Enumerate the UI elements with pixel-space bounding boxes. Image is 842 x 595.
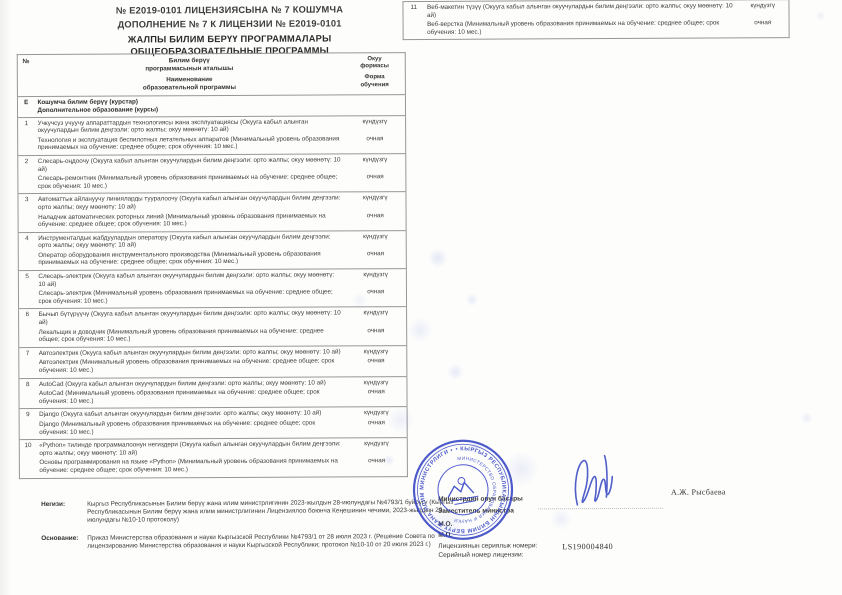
- program-form-ru: очная: [345, 211, 406, 231]
- license-serial-number: LS190004840: [562, 542, 613, 551]
- program-name-ru: Наладчик автоматических роторных линий (…: [35, 211, 345, 232]
- program-name-ru: Основы программирования на языке «Python…: [36, 457, 346, 478]
- program-name-ky: Веб-макетин түзүү (Окууга кабыл алынган …: [424, 0, 737, 20]
- title-line-ru: ДОПОЛНЕНИЕ № 7 К ЛИЦЕНЗИИ № Е2019-0101: [54, 17, 406, 32]
- program-name-ru: Слесарь-электрик (Минимальный уровень об…: [35, 288, 345, 309]
- program-form-ru: очная: [346, 418, 407, 438]
- program-name-ky: Учкучсуз учуучу аппараттардын технология…: [35, 115, 345, 135]
- column-header-name-ru: Наименование образовательной программы: [142, 76, 237, 92]
- program-row-translation: AutoCad (Минимальный уровень образования…: [19, 387, 407, 409]
- program-row-translation: Слесарь-ремонтник (Минимальный уровень о…: [18, 172, 406, 194]
- column-header-study-form: Окуу формасы Форма обучения: [344, 53, 405, 96]
- section-title: Кошумча билим берүү (курстар) Дополнител…: [34, 95, 344, 117]
- program-row: 4Инструменталдык жабдуулардын оператору …: [18, 230, 406, 251]
- program-form-ru: очная: [345, 172, 406, 192]
- program-name-ru: Django (Минимальный уровень образования …: [36, 418, 346, 439]
- serial-label-ru: Серийный номер лицензии:: [438, 550, 537, 560]
- program-row: 3Автоматтык айлануучу линияларды туурало…: [18, 192, 406, 213]
- section-title-ru: Дополнительное образование (курсы): [37, 105, 341, 114]
- program-form-ru: очная: [346, 387, 407, 407]
- program-form-ru: очная: [346, 326, 407, 346]
- program-row-translation: Django (Минимальный уровень образования …: [19, 418, 407, 440]
- program-name-ky: Слесарь-электрик (Окууга кабыл алынган о…: [35, 269, 345, 289]
- program-form-ru: очная: [345, 134, 406, 154]
- program-row-translation: Лекальщик и доводчик (Минимальный уровен…: [19, 326, 407, 348]
- program-row: 11Веб-макетин түзүү (Окууга кабыл алынга…: [403, 0, 789, 20]
- license-annex-scanned-page: № Е2019-0101 ЛИЦЕНЗИЯСЫНА № 7 КОШУМЧА ДО…: [0, 0, 842, 595]
- program-form-ky: күндүзгү: [737, 0, 789, 19]
- program-name-ky: «Python» тилинде программалоонун негизде…: [36, 438, 346, 458]
- ministry-round-stamp-icon: • КЫРГЫЗ РЕСПУБЛИКАСЫНЫН БИЛИМ БЕРҮҮ ЖАН…: [403, 429, 524, 550]
- program-name-ky: Слесарь-оңдоочу (Окууга кабыл алынган ок…: [35, 154, 345, 174]
- basis-text-ky: Кыргыз Республикасынын Билим берүү жана …: [87, 499, 461, 525]
- program-name-ky: Автоматтык айлануучу линияларды тууралоо…: [35, 192, 345, 212]
- program-row-translation: Веб-верстка (Минимальный уровень образов…: [403, 18, 789, 40]
- section-letter: Е: [17, 97, 34, 117]
- column-header-form-ky: Окуу формасы: [357, 56, 391, 71]
- program-name-ru: Лекальщик и доводчик (Минимальный уровен…: [36, 326, 346, 347]
- program-row: 6Бычып бүтүрүүчү (Окууга кабыл алынган о…: [19, 307, 407, 328]
- program-row-translation: Оператор оборудования инструментального …: [18, 249, 406, 271]
- program-name-ky: Инструменталдык жабдуулардын оператору (…: [35, 231, 345, 251]
- program-row-translation: Слесарь-электрик (Минимальный уровень об…: [18, 287, 406, 309]
- program-form-ru: очная: [737, 18, 789, 38]
- program-row-translation: Автоэлектрик (Минимальный уровень образо…: [19, 356, 407, 378]
- program-row-translation: Технология и эксплуатация беспилотных ле…: [18, 134, 406, 156]
- column-header-name-ky: Билим берүү программасынын аталышы: [142, 57, 237, 73]
- program-row-translation: Наладчик автоматических роторных линий (…: [18, 211, 406, 233]
- program-form-ky: күндүзгү: [345, 269, 406, 288]
- program-name-ru: Веб-верстка (Минимальный уровень образов…: [424, 19, 737, 40]
- section-form-empty: [344, 95, 405, 116]
- program-name-ru: AutoCad (Минимальный уровень образования…: [36, 388, 346, 409]
- program-number: 6: [19, 309, 36, 347]
- program-form-ky: күндүзгү: [346, 307, 407, 326]
- program-form-ru: очная: [346, 456, 407, 476]
- program-number: 1: [18, 117, 35, 155]
- program-form-ky: күндүзгү: [346, 407, 407, 418]
- section-row-additional-education: Е Кошумча билим берүү (курстар) Дополнит…: [17, 95, 405, 117]
- program-number: 10: [19, 440, 36, 478]
- program-number: 9: [19, 409, 36, 440]
- program-form-ky: күндүзгү: [346, 438, 407, 457]
- program-number: 11: [403, 1, 424, 39]
- basis-block: Негизи: Кыргыз Республикасынын Билим бер…: [41, 499, 461, 551]
- program-form-ru: очная: [345, 249, 406, 269]
- program-name-ru: Оператор оборудования инструментального …: [35, 249, 345, 270]
- program-form-ky: күндүзгү: [345, 192, 406, 211]
- programs-table-left: № Билим берүү программасынын аталышы Наи…: [17, 52, 408, 479]
- signer-name: А.Ж. Рысбаева: [671, 487, 726, 496]
- document-title-block: № Е2019-0101 ЛИЦЕНЗИЯСЫНА № 7 КОШУМЧА ДО…: [53, 3, 405, 58]
- program-name-ky: Бычып бүтүрүүчү (Окууга кабыл алынган ок…: [36, 307, 346, 327]
- program-name-ru: Автоэлектрик (Минимальный уровень образо…: [36, 357, 346, 378]
- column-header-program-name: Билим берүү программасынын аталышы Наиме…: [34, 53, 344, 97]
- stamp-emblem-mountains-icon: [445, 475, 479, 505]
- program-row: 10«Python» тилинде программалоонун негиз…: [19, 438, 407, 459]
- program-row-translation: Основы программирования на языке «Python…: [19, 456, 407, 478]
- handwritten-signature-icon: [564, 448, 625, 518]
- program-number: 2: [18, 155, 35, 193]
- program-form-ru: очная: [345, 287, 406, 307]
- program-form-ky: күндүзгү: [346, 376, 407, 387]
- program-number: 8: [19, 378, 36, 409]
- program-form-ky: күндүзгү: [345, 154, 406, 173]
- program-name-ru: Слесарь-ремонтник (Минимальный уровень о…: [35, 173, 345, 194]
- programs-table-right: 11Веб-макетин түзүү (Окууга кабыл алынга…: [402, 0, 789, 40]
- program-number: 3: [18, 194, 35, 232]
- program-row: 2Слесарь-оңдоочу (Окууга кабыл алынган о…: [18, 154, 406, 175]
- program-number: 5: [18, 271, 35, 309]
- column-header-form-ru: Форма обучения: [358, 75, 392, 90]
- program-form-ky: күндүзгү: [345, 230, 406, 249]
- program-number: 4: [18, 232, 35, 270]
- program-row: 5Слесарь-электрик (Окууга кабыл алынган …: [18, 269, 406, 290]
- basis-text-ru: Приказ Министерства образования и науки …: [87, 533, 461, 551]
- column-header-number: №: [17, 55, 34, 97]
- program-number: 7: [19, 347, 36, 378]
- program-form-ky: күндүзгү: [346, 345, 407, 356]
- program-name-ru: Технология и эксплуатация беспилотных ле…: [35, 134, 345, 155]
- program-form-ru: очная: [346, 356, 407, 376]
- basis-label-ru: Основание:: [41, 535, 87, 551]
- program-form-ky: күндүзгү: [345, 115, 406, 134]
- program-row: 1Учкучсуз учуучу аппараттардын технологи…: [18, 115, 406, 136]
- basis-label-ky: Негизи:: [41, 501, 87, 525]
